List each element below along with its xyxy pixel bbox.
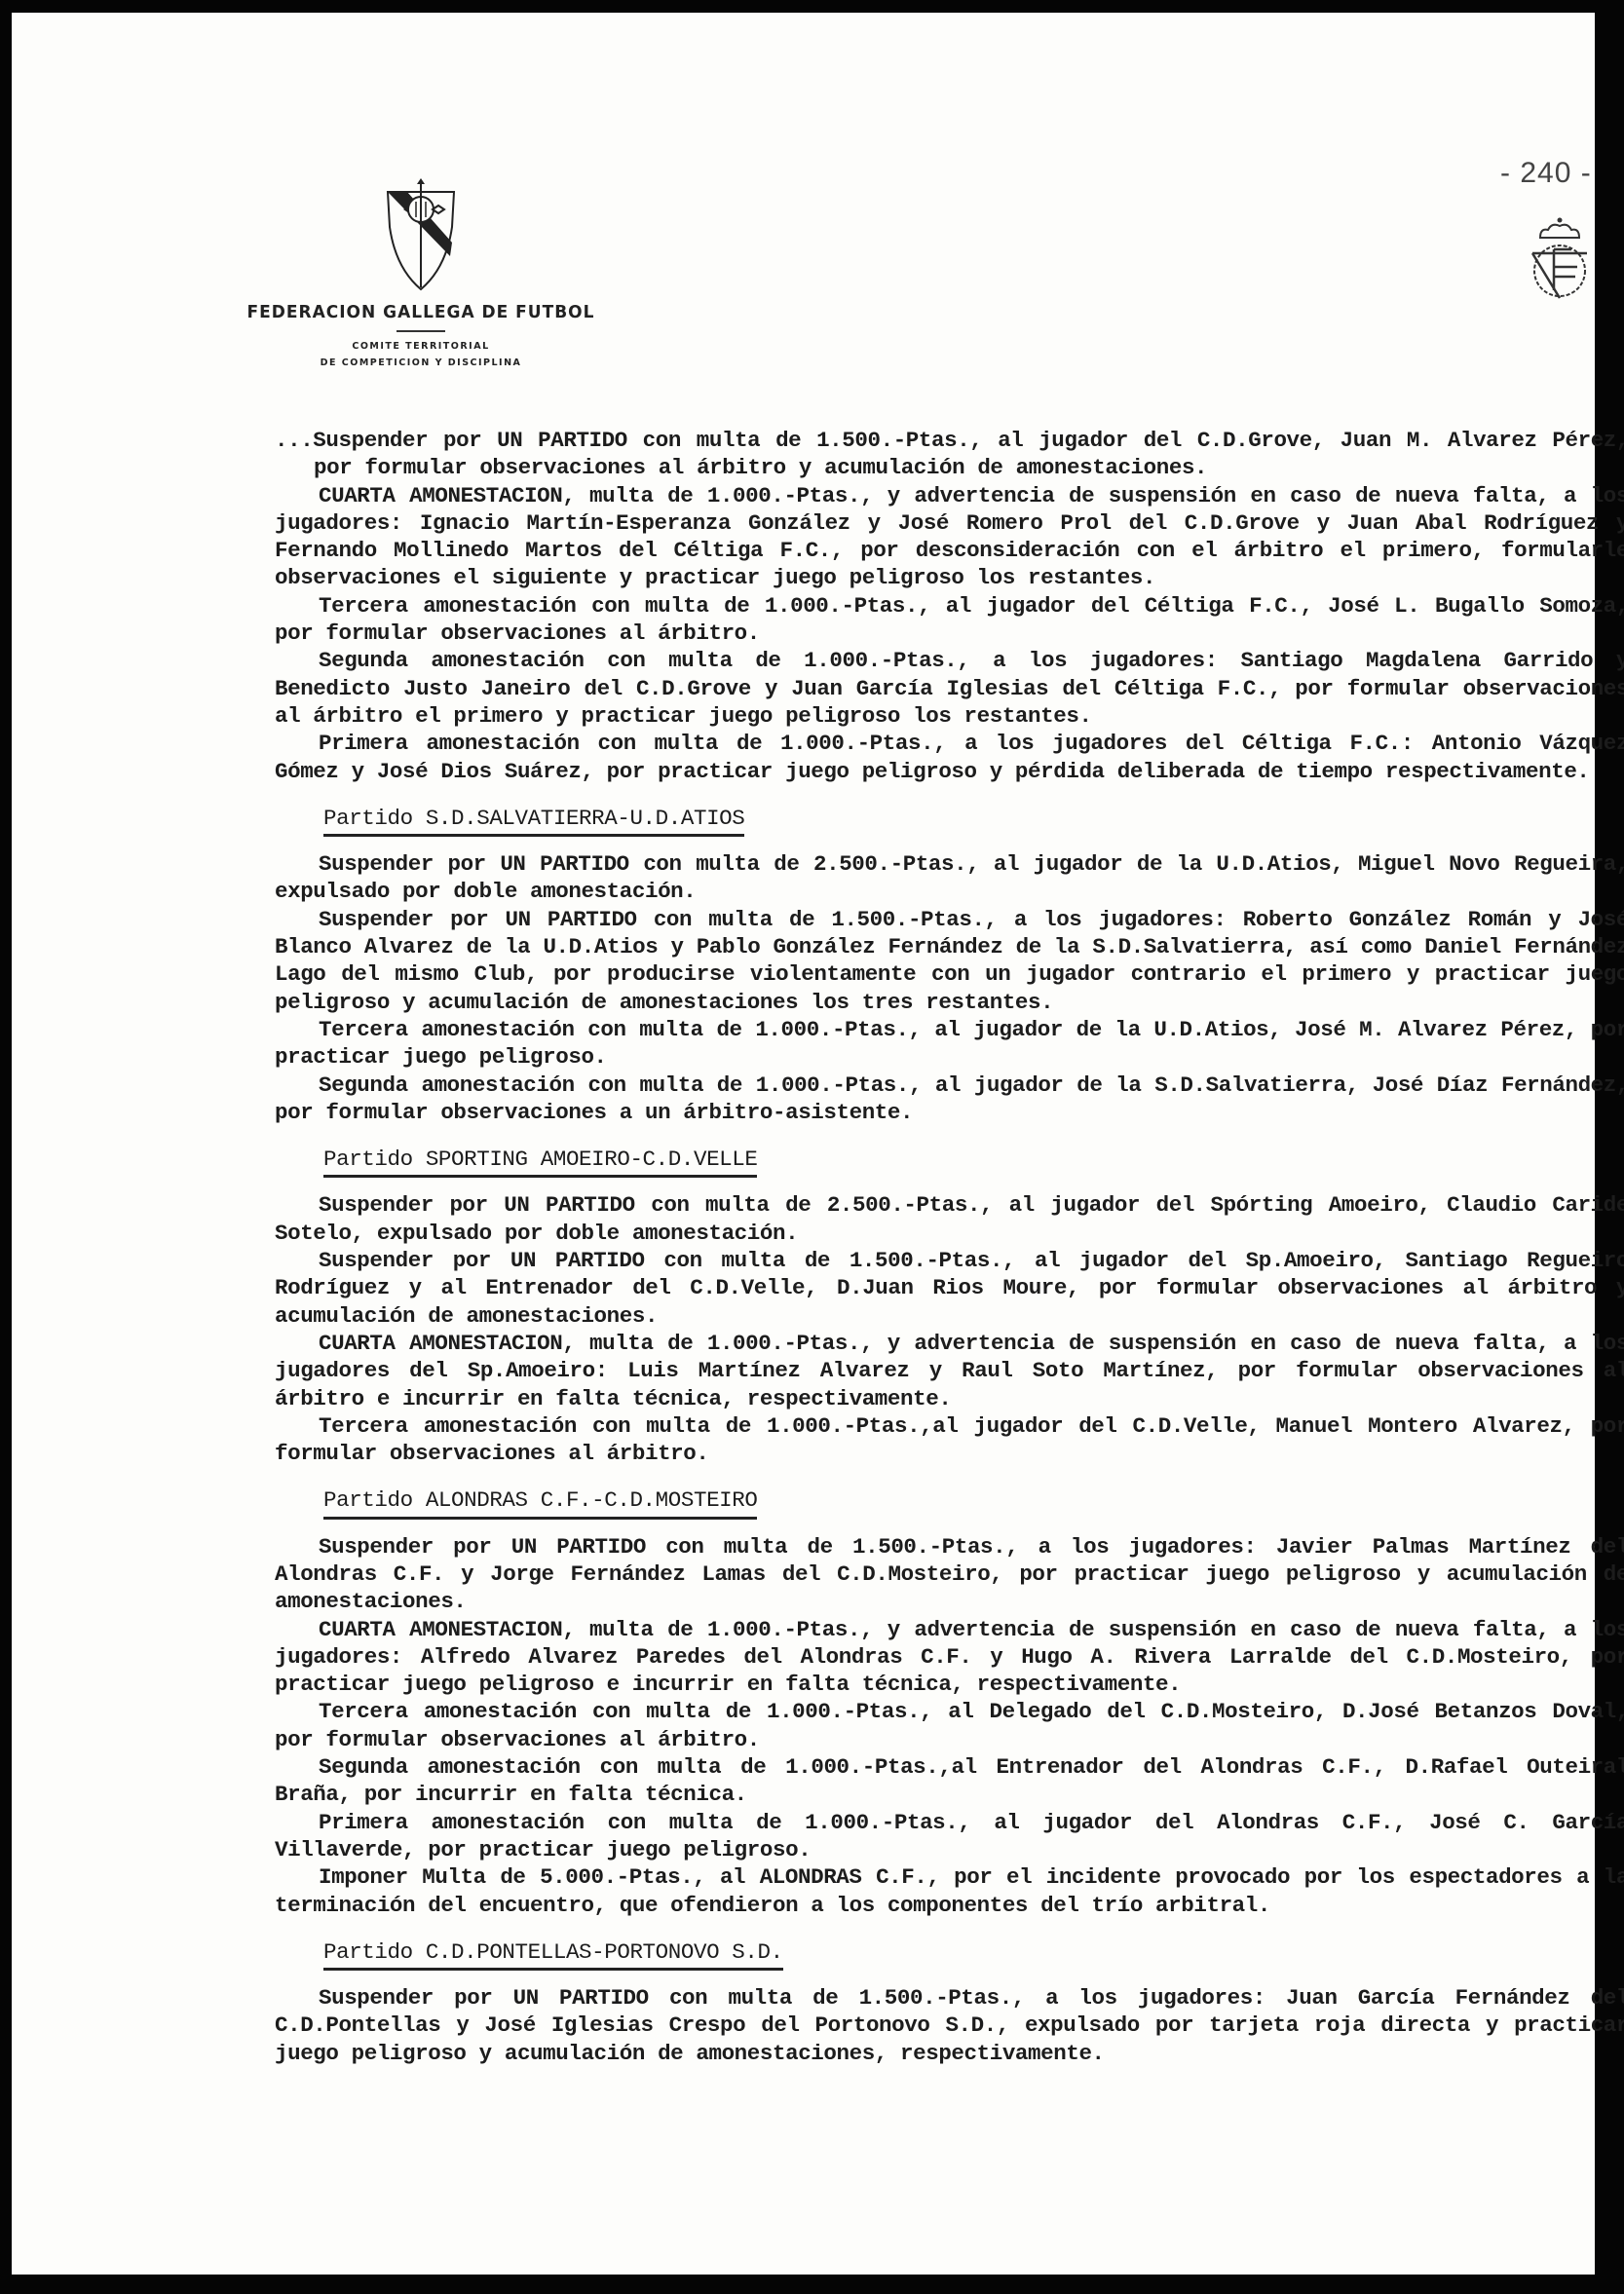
- paragraph: Segunda amonestación con multa de 1.000.…: [275, 1753, 1624, 1809]
- paragraph: Suspender por UN PARTIDO con multa de 2.…: [275, 850, 1624, 906]
- paragraph: Tercera amonestación con multa de 1.000.…: [275, 1412, 1624, 1468]
- paragraph: Tercera amonestación con multa de 1.000.…: [275, 1698, 1624, 1753]
- match-section-pontellas-portonovo: Partido C.D.PONTELLAS-PORTONOVO S.D. Sus…: [275, 1925, 1624, 2067]
- paragraph: CUARTA AMONESTACION, multa de 1.000.-Pta…: [275, 482, 1624, 592]
- paragraph: Imponer Multa de 5.000.-Ptas., al ALONDR…: [275, 1863, 1624, 1919]
- paragraph: Suspender por UN PARTIDO con multa de 1.…: [275, 1984, 1624, 2067]
- match-heading: Partido ALONDRAS C.F.-C.D.MOSTEIRO: [323, 1486, 757, 1519]
- rfef-crown-crest-icon: [1527, 212, 1593, 300]
- paragraph: Suspender por UN PARTIDO con multa de 1.…: [275, 906, 1624, 1016]
- galician-football-federation-crest-icon: [382, 178, 460, 295]
- match-section-salvatierra-atios: Partido S.D.SALVATIERRA-U.D.ATIOS Suspen…: [275, 791, 1624, 1126]
- paragraph: ...Suspender por UN PARTIDO con multa de…: [275, 427, 1624, 482]
- paragraph: Suspender por UN PARTIDO con multa de 1.…: [275, 1247, 1624, 1330]
- paragraph: Primera amonestación con multa de 1.000.…: [275, 730, 1624, 785]
- paragraph: Tercera amonestación con multa de 1.000.…: [275, 1016, 1624, 1072]
- federation-name: FEDERACION GALLEGA DE FUTBOL: [245, 303, 596, 323]
- committee-line-1: COMITE TERRITORIAL: [245, 338, 596, 355]
- document-body: ...Suspender por UN PARTIDO con multa de…: [275, 427, 1624, 2067]
- paragraph: Primera amonestación con multa de 1.000.…: [275, 1809, 1624, 1864]
- paragraph: CUARTA AMONESTACION, multa de 1.000.-Pta…: [275, 1616, 1624, 1699]
- paragraph: Segunda amonestación con multa de 1.000.…: [275, 647, 1624, 730]
- match-heading: Partido SPORTING AMOEIRO-C.D.VELLE: [323, 1146, 757, 1178]
- paragraph: Suspender por UN PARTIDO con multa de 1.…: [275, 1533, 1624, 1616]
- match-heading: Partido C.D.PONTELLAS-PORTONOVO S.D.: [323, 1938, 783, 1971]
- match-heading: Partido S.D.SALVATIERRA-U.D.ATIOS: [323, 805, 744, 837]
- committee-line-2: DE COMPETICION Y DISCIPLINA: [245, 355, 596, 371]
- intro-block: ...Suspender por UN PARTIDO con multa de…: [275, 427, 1624, 785]
- paragraph: Tercera amonestación con multa de 1.000.…: [275, 592, 1624, 648]
- paragraph: Suspender por UN PARTIDO con multa de 2.…: [275, 1191, 1624, 1247]
- match-section-alondras-mosteiro: Partido ALONDRAS C.F.-C.D.MOSTEIRO Suspe…: [275, 1473, 1624, 1918]
- match-section-amoeiro-velle: Partido SPORTING AMOEIRO-C.D.VELLE Suspe…: [275, 1132, 1624, 1467]
- paragraph: CUARTA AMONESTACION, multa de 1.000.-Pta…: [275, 1330, 1624, 1412]
- document-page: - 240 - FEDERACION GALLEGA DE FUTBOL COM…: [12, 13, 1595, 2275]
- letterhead: FEDERACION GALLEGA DE FUTBOL COMITE TERR…: [245, 178, 596, 371]
- paragraph: Segunda amonestación con multa de 1.000.…: [275, 1072, 1624, 1127]
- page-number: - 240 -: [1500, 157, 1592, 190]
- letterhead-divider: [397, 330, 445, 332]
